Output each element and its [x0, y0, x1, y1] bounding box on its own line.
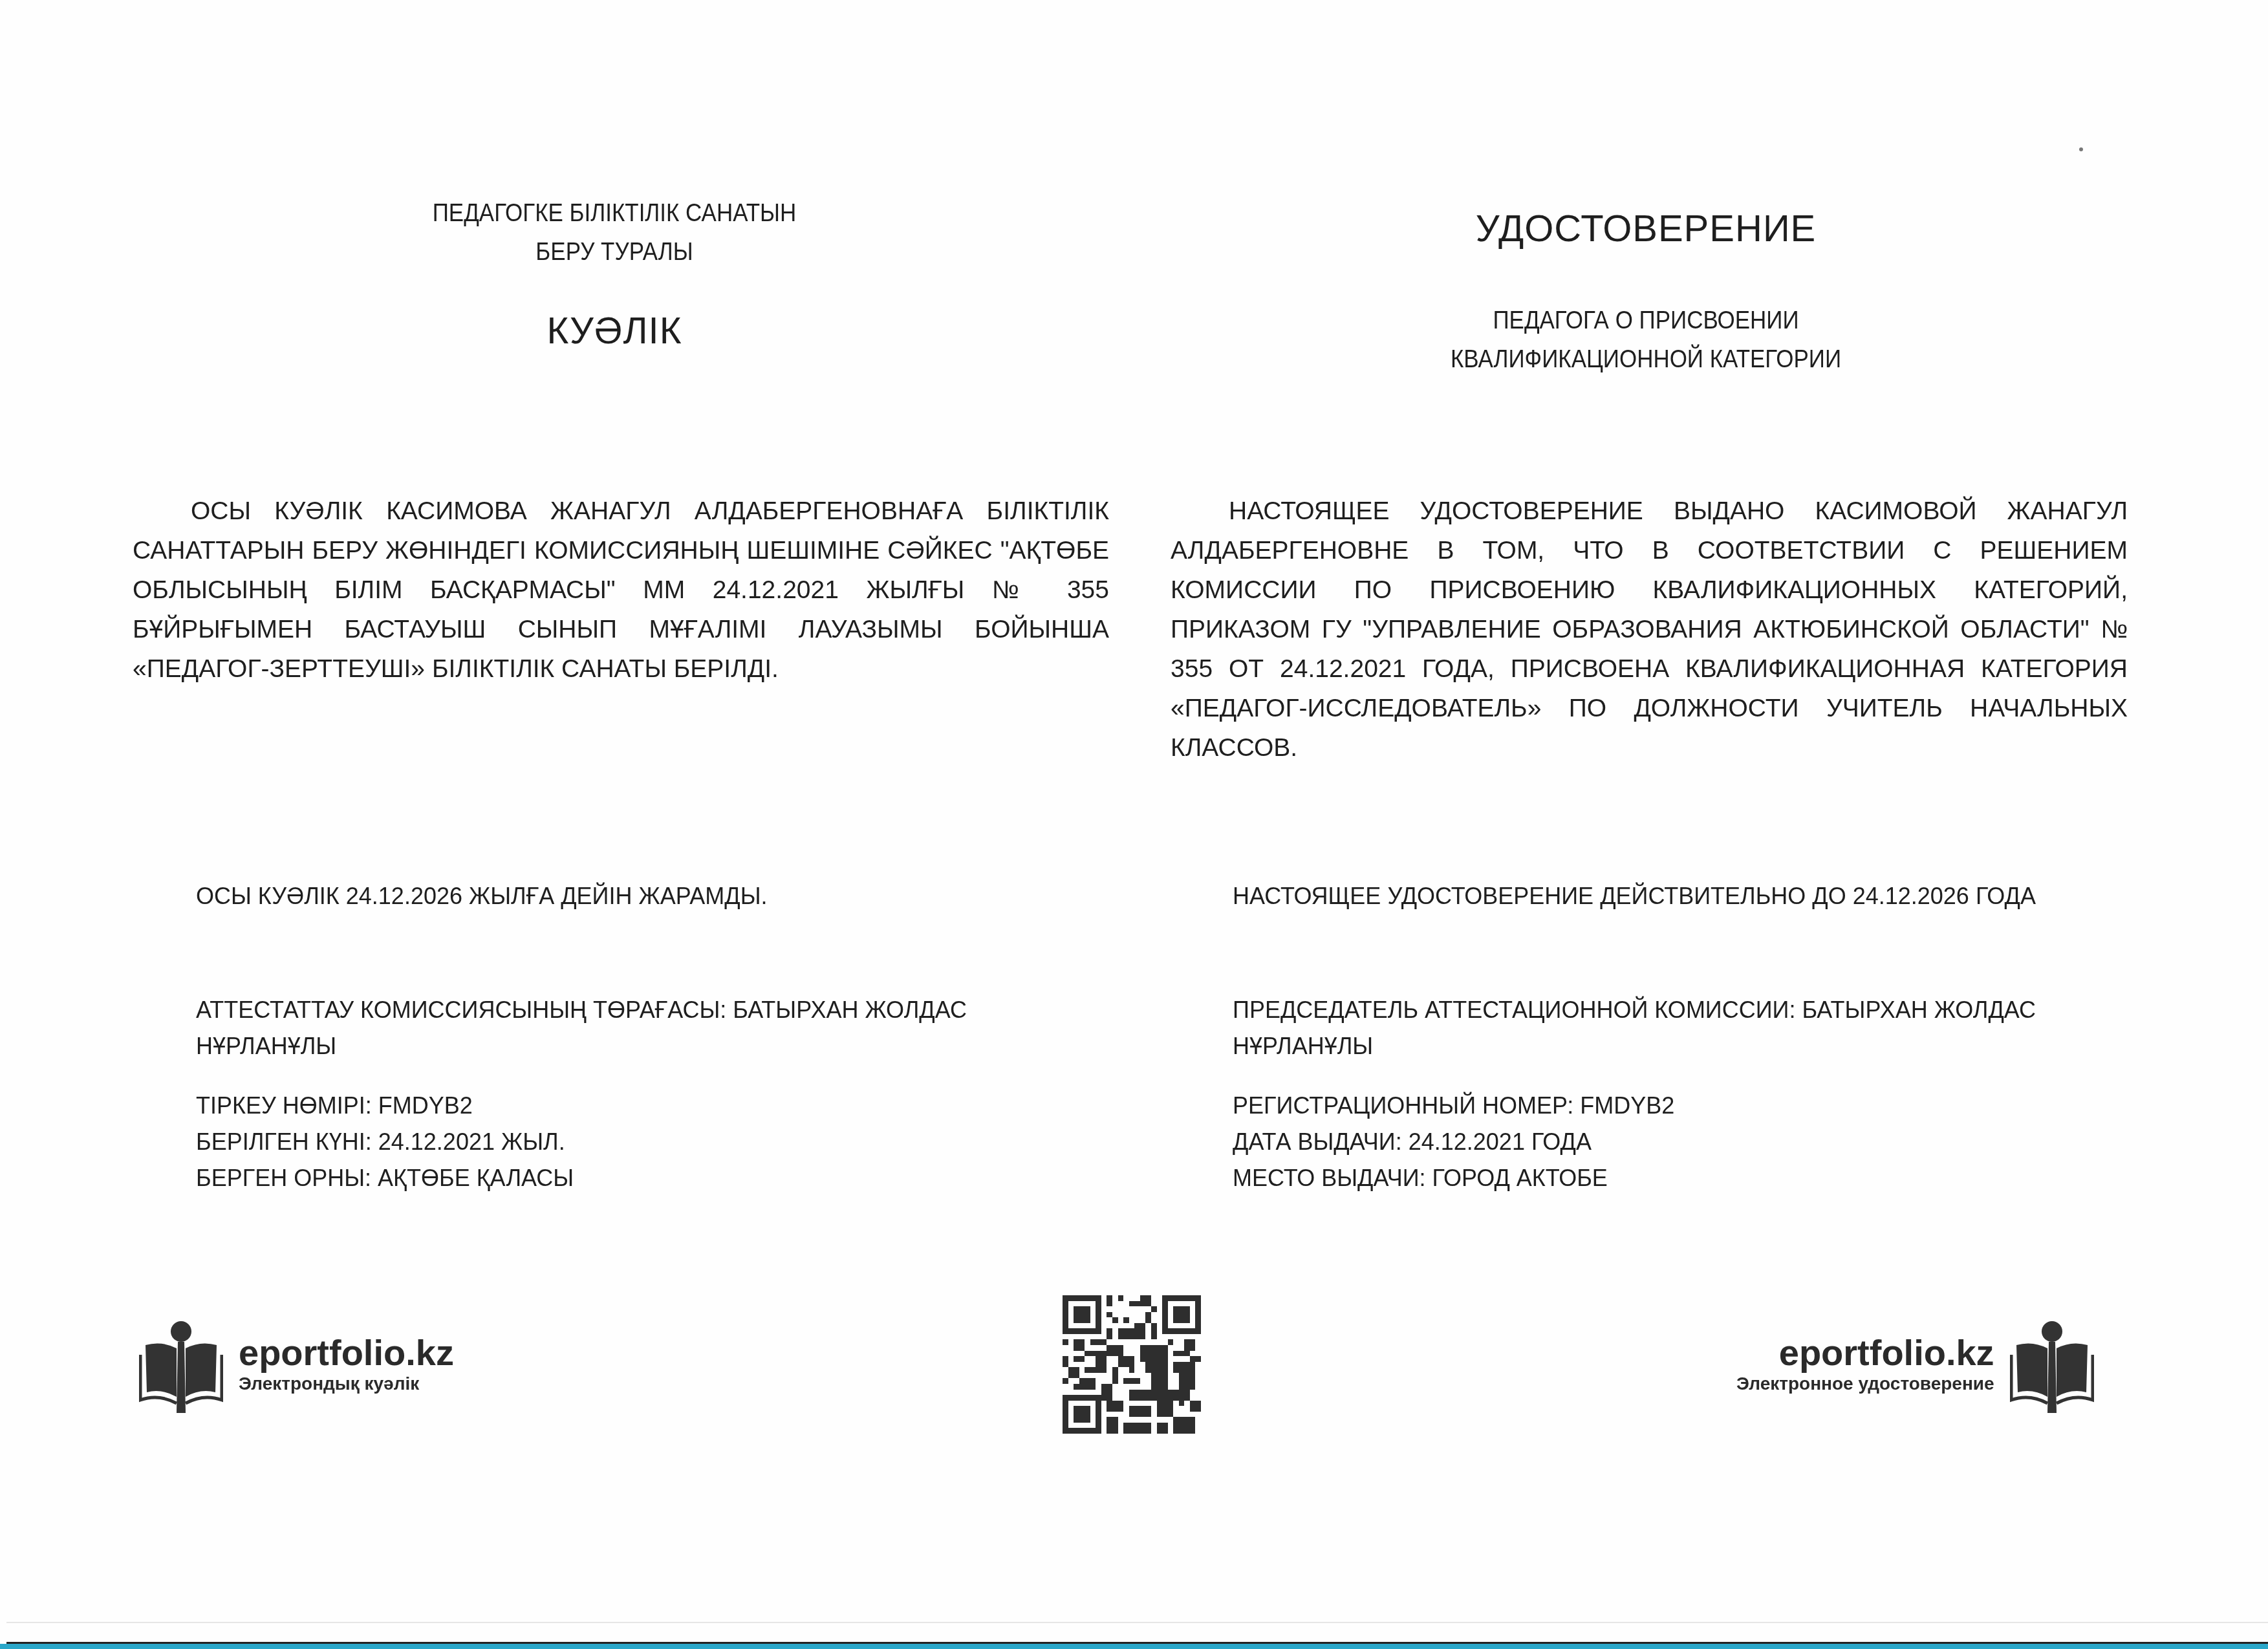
paper-fold-line	[6, 1622, 2268, 1623]
kazakh-chair-line2: НҰРЛАНҰЛЫ	[196, 1028, 967, 1064]
book-person-icon	[2010, 1316, 2094, 1413]
russian-body: НАСТОЯЩЕЕ УДОСТОВЕРЕНИЕ ВЫДАНО КАСИМОВОЙ…	[1171, 491, 2128, 768]
russian-issue-date: ДАТА ВЫДАЧИ: 24.12.2021 ГОДА	[1233, 1124, 1674, 1160]
logo-subtitle-kazakh: Электрондық куәлік	[239, 1372, 454, 1396]
eportfolio-logo-russian: eportfolio.kz Электронное удостоверение	[1736, 1316, 2094, 1413]
kazakh-reg-number: ТІРКЕУ НӨМІРІ: FMDYB2	[196, 1088, 574, 1124]
kazakh-details: ТІРКЕУ НӨМІРІ: FMDYB2 БЕРІЛГЕН КҮНІ: 24.…	[196, 1088, 574, 1196]
scan-edge	[0, 1644, 2268, 1649]
book-person-icon	[139, 1316, 223, 1413]
qr-code-icon	[1063, 1295, 1201, 1434]
kazakh-header-line1: ПЕДАГОГКЕ БІЛІКТІЛІК САНАТЫН	[183, 194, 1046, 233]
russian-issue-place: МЕСТО ВЫДАЧИ: ГОРОД АКТОБЕ	[1233, 1160, 1674, 1196]
russian-title: УДОСТОВЕРЕНИЕ	[1171, 207, 2121, 250]
logo-brand-russian: eportfolio.kz	[1736, 1333, 1994, 1372]
kazakh-title: КУӘЛІК	[146, 309, 1083, 352]
kazakh-header-line2: БЕРУ ТУРАЛЫ	[183, 233, 1046, 272]
kazakh-body-text: ОСЫ КУӘЛІК КАСИМОВА ЖАНАГУЛ АЛДАБЕРГЕНОВ…	[133, 497, 1109, 683]
russian-reg-number: РЕГИСТРАЦИОННЫЙ НОМЕР: FMDYB2	[1233, 1088, 1674, 1124]
kazakh-validity: ОСЫ КУӘЛІК 24.12.2026 ЖЫЛҒА ДЕЙІН ЖАРАМД…	[196, 878, 768, 914]
kazakh-header: ПЕДАГОГКЕ БІЛІКТІЛІК САНАТЫН БЕРУ ТУРАЛЫ	[183, 194, 1046, 272]
russian-header-line1: ПЕДАГОГА О ПРИСВОЕНИИ	[1209, 301, 2083, 340]
russian-chair: ПРЕДСЕДАТЕЛЬ АТТЕСТАЦИОННОЙ КОМИССИИ: БА…	[1233, 992, 2036, 1064]
eportfolio-logo-kazakh: eportfolio.kz Электрондық куәлік	[139, 1316, 454, 1413]
kazakh-chair: АТТЕСТАТТАУ КОМИССИЯСЫНЫҢ ТӨРАҒАСЫ: БАТЫ…	[196, 992, 967, 1064]
russian-body-text: НАСТОЯЩЕЕ УДОСТОВЕРЕНИЕ ВЫДАНО КАСИМОВОЙ…	[1171, 497, 2128, 762]
russian-details: РЕГИСТРАЦИОННЫЙ НОМЕР: FMDYB2 ДАТА ВЫДАЧ…	[1233, 1088, 1674, 1196]
russian-header-line2: КВАЛИФИКАЦИОННОЙ КАТЕГОРИИ	[1209, 340, 2083, 379]
scan-speck	[2079, 147, 2083, 151]
logo-brand-kazakh: eportfolio.kz	[239, 1333, 454, 1372]
kazakh-issue-place: БЕРГЕН ОРНЫ: АҚТӨБЕ ҚАЛАСЫ	[196, 1160, 574, 1196]
russian-chair-line2: НҰРЛАНҰЛЫ	[1233, 1028, 2036, 1064]
russian-chair-line1: ПРЕДСЕДАТЕЛЬ АТТЕСТАЦИОННОЙ КОМИССИИ: БА…	[1233, 992, 2036, 1028]
logo-subtitle-russian: Электронное удостоверение	[1736, 1372, 1994, 1396]
kazakh-issue-date: БЕРІЛГЕН КҮНІ: 24.12.2021 ЖЫЛ.	[196, 1124, 574, 1160]
russian-validity: НАСТОЯЩЕЕ УДОСТОВЕРЕНИЕ ДЕЙСТВИТЕЛЬНО ДО…	[1233, 878, 2036, 914]
kazakh-body: ОСЫ КУӘЛІК КАСИМОВА ЖАНАГУЛ АЛДАБЕРГЕНОВ…	[133, 491, 1109, 689]
kazakh-chair-line1: АТТЕСТАТТАУ КОМИССИЯСЫНЫҢ ТӨРАҒАСЫ: БАТЫ…	[196, 992, 967, 1028]
russian-header: ПЕДАГОГА О ПРИСВОЕНИИ КВАЛИФИКАЦИОННОЙ К…	[1209, 301, 2083, 379]
